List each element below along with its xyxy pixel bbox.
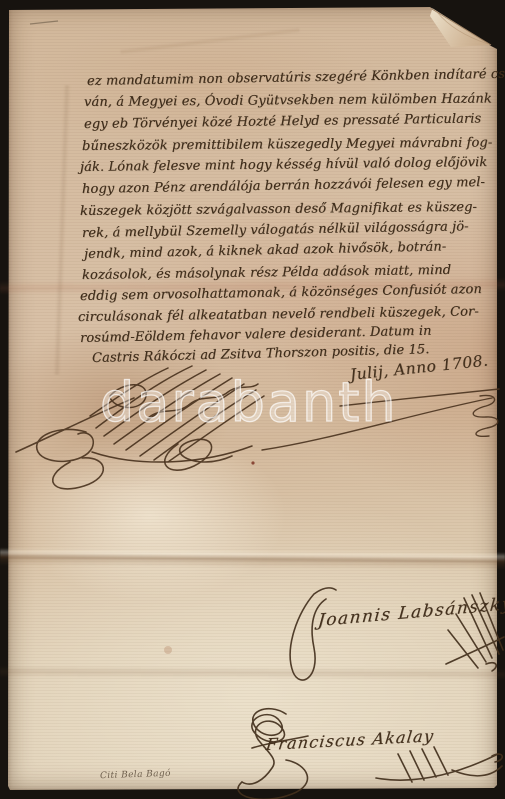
scan-frame: ez mandatumim non observatúris szegéré K… — [0, 0, 505, 799]
